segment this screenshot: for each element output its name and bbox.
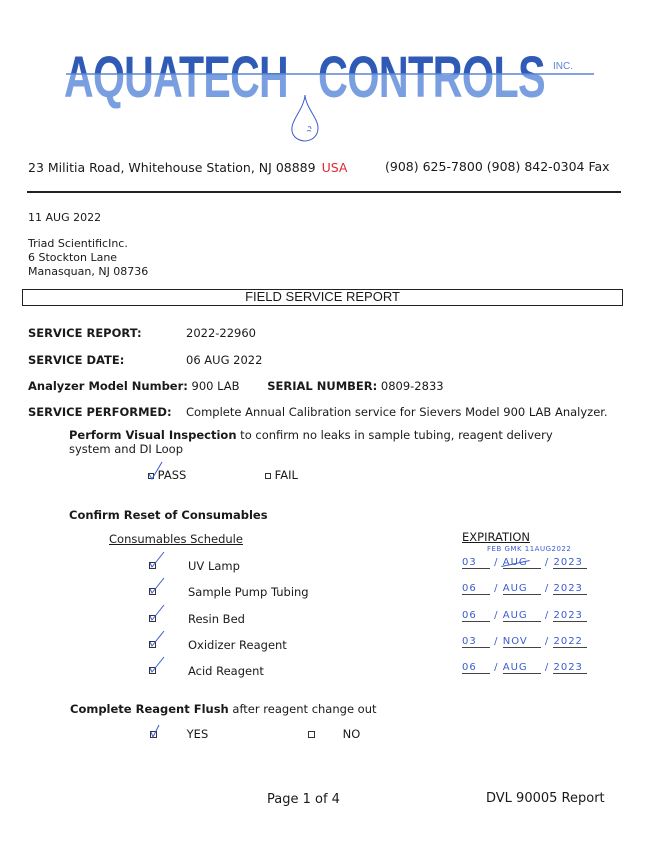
exp-year: 2023 (553, 583, 587, 595)
company-logo: AQUATECH AQUATECH CONTROLS CONTROLS INC. (0, 0, 650, 150)
checkmark-icon (149, 629, 165, 649)
consumable-label: UV Lamp (188, 559, 240, 573)
consumable-checkbox[interactable] (149, 615, 156, 622)
model-value: 900 LAB (192, 379, 240, 393)
flush-instruction: Complete Reagent Flush after reagent cha… (70, 702, 377, 716)
checkmark-icon (149, 576, 165, 596)
yes-checkbox[interactable] (150, 731, 157, 738)
yes-option[interactable]: YES (150, 727, 208, 741)
address-text: 23 Militia Road, Whitehouse Station, NJ … (28, 160, 316, 175)
expiration-date: 06 / AUG / 2023 (462, 610, 587, 622)
consumable-checkbox[interactable] (149, 641, 156, 648)
recipient-address: Triad ScientificInc. 6 Stockton Lane Man… (28, 237, 148, 279)
consumable-label: Resin Bed (188, 612, 245, 626)
expiration-date: 06 / AUG / 2023 (462, 583, 587, 595)
analyzer-row: Analyzer Model Number: 900 LAB SERIAL NU… (28, 379, 444, 393)
expiration-date: 06 / AUG / 2023 (462, 662, 587, 674)
fail-label: FAIL (275, 468, 298, 482)
consumable-checkbox-wrap[interactable] (149, 584, 156, 598)
exp-month: AUG (503, 583, 541, 595)
consumable-checkbox-wrap[interactable] (149, 558, 156, 572)
report-title: FIELD SERVICE REPORT (22, 289, 623, 306)
consumable-checkbox-wrap[interactable] (149, 663, 156, 677)
exp-day: 06 (462, 662, 490, 674)
fail-checkbox[interactable] (265, 473, 271, 479)
flush-bold: Complete Reagent Flush (70, 702, 229, 716)
letter-date: 11 AUG 2022 (28, 211, 101, 224)
company-phone: (908) 625-7800 (908) 842-0304 Fax (385, 159, 610, 174)
service-date-label: SERVICE DATE: (28, 353, 186, 367)
exp-year: 2022 (553, 636, 587, 648)
inspection-bold: Perform Visual Inspection (69, 428, 237, 442)
service-performed-value: Complete Annual Calibration service for … (186, 405, 608, 419)
exp-month: AUG (503, 662, 541, 674)
recipient-city: Manasquan, NJ 08736 (28, 265, 148, 279)
service-date-value: 06 AUG 2022 (186, 353, 262, 367)
consumable-checkbox[interactable] (149, 562, 156, 569)
consumable-checkbox[interactable] (149, 667, 156, 674)
service-report-label: SERVICE REPORT: (28, 326, 186, 340)
no-checkbox[interactable] (308, 731, 315, 738)
consumable-label: Oxidizer Reagent (188, 638, 287, 652)
exp-month: AUG (503, 610, 541, 622)
pass-option[interactable]: PASS (148, 468, 186, 482)
handwritten-correction: FEB GMK 11AUG2022 (487, 545, 571, 553)
yes-label: YES (187, 727, 209, 741)
inspection-instruction: Perform Visual Inspection to confirm no … (69, 428, 589, 456)
checkmark-icon (149, 655, 165, 675)
header-divider (27, 191, 621, 193)
pass-label: PASS (158, 468, 187, 482)
pass-checkbox[interactable] (148, 473, 154, 479)
checkmark-icon (150, 719, 166, 739)
checkmark-icon (149, 550, 165, 570)
service-report-value: 2022-22960 (186, 326, 256, 340)
checkmark-icon (149, 603, 165, 623)
exp-year: 2023 (553, 662, 587, 674)
service-report-row: SERVICE REPORT:2022-22960 (28, 326, 256, 340)
consumable-checkbox-wrap[interactable] (149, 637, 156, 651)
expiration-heading: EXPIRATION (462, 530, 530, 544)
exp-day: 03 (462, 557, 490, 569)
recipient-name: Triad ScientificInc. (28, 237, 148, 251)
exp-day: 03 (462, 636, 490, 648)
consumable-checkbox-wrap[interactable] (149, 611, 156, 625)
exp-month: NOV (503, 636, 541, 648)
page-number: Page 1 of 4 (267, 792, 340, 807)
fail-option[interactable]: FAIL (265, 468, 298, 482)
document-id: DVL 90005 Report (486, 791, 605, 806)
exp-month: AUG (503, 557, 541, 569)
schedule-heading: Consumables Schedule (109, 532, 243, 546)
consumable-label: Acid Reagent (188, 664, 264, 678)
expiration-date: 03 / AUG / 2023 (462, 557, 587, 569)
svg-text:INC.: INC. (553, 61, 573, 72)
exp-year: 2023 (553, 557, 587, 569)
country-text: USA (322, 160, 348, 175)
service-date-row: SERVICE DATE:06 AUG 2022 (28, 353, 262, 367)
flush-text: after reagent change out (229, 702, 377, 716)
water-drop-icon (292, 95, 318, 141)
recipient-street: 6 Stockton Lane (28, 251, 148, 265)
consumable-label: Sample Pump Tubing (188, 585, 309, 599)
exp-day: 06 (462, 610, 490, 622)
service-performed-label: SERVICE PERFORMED: (28, 405, 186, 419)
no-label: NO (343, 727, 361, 741)
company-address: 23 Militia Road, Whitehouse Station, NJ … (28, 160, 347, 175)
serial-label: SERIAL NUMBER: (267, 379, 377, 393)
exp-day: 06 (462, 583, 490, 595)
consumables-heading: Confirm Reset of Consumables (69, 508, 268, 522)
service-performed-row: SERVICE PERFORMED:Complete Annual Calibr… (28, 405, 608, 419)
no-option[interactable]: NO (308, 727, 360, 741)
exp-year: 2023 (553, 610, 587, 622)
model-label: Analyzer Model Number: (28, 379, 188, 393)
consumable-checkbox[interactable] (149, 588, 156, 595)
expiration-date: 03 / NOV / 2022 (462, 636, 587, 648)
serial-value: 0809-2833 (381, 379, 444, 393)
